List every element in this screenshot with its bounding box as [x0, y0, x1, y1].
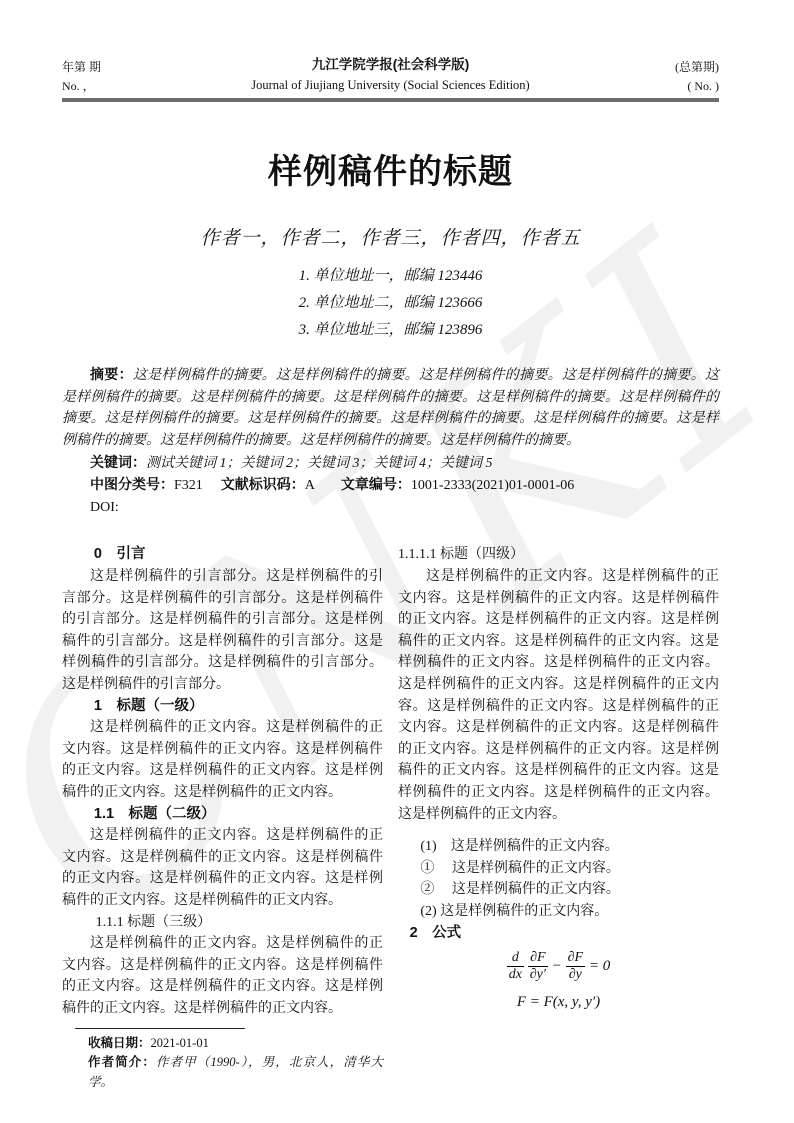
affiliation-3: 3. 单位地址三，邮编 123896 — [62, 317, 719, 344]
clc-label: 中图分类号： — [90, 476, 174, 492]
intro-paragraph: 这是样例稿件的引言部分。这是样例稿件的引言部分。这是样例稿件的引言部分。这是样例… — [62, 566, 383, 696]
clc-value: F321 — [174, 478, 203, 493]
journal-name-en: Journal of Jiujiang University (Social S… — [152, 76, 629, 95]
heading-level3: 1.1.1 标题（三级） — [62, 912, 383, 934]
body-columns: 0 引言 这是样例稿件的引言部分。这是样例稿件的引言部分。这是样例稿件的引言部分… — [62, 544, 719, 1092]
doc-code-label: 文献标识码： — [221, 476, 305, 492]
fraction-dF-dyprime: ∂F∂y′ — [528, 950, 548, 983]
abstract-block: 摘要：这是样例稿件的摘要。这是样例稿件的摘要。这是样例稿件的摘要。这是样例稿件的… — [62, 364, 719, 518]
section1-1-1-1-paragraph: 这是样例稿件的正文内容。这是样例稿件的正文内容。这是样例稿件的正文内容。这是样例… — [398, 566, 719, 825]
abstract-paragraph: 摘要：这是样例稿件的摘要。这是样例稿件的摘要。这是样例稿件的摘要。这是样例稿件的… — [62, 364, 719, 451]
page-content: 年第 期 No. ， 九江学院学报(社会科学版) Journal of Jiuj… — [0, 0, 794, 1092]
header-total-issue: (总第期) — [629, 58, 719, 77]
affiliation-1: 1. 单位地址一，邮编 123446 — [62, 263, 719, 290]
list-item: (2) 这是样例稿件的正文内容。 — [398, 901, 719, 923]
article-id-label: 文章编号： — [341, 476, 411, 492]
article-id-value: 1001-2333(2021)01-0001-06 — [411, 478, 574, 493]
affiliation-2: 2. 单位地址二，邮编 123666 — [62, 290, 719, 317]
section1-1-paragraph: 这是样例稿件的正文内容。这是样例稿件的正文内容。这是样例稿件的正文内容。这是样例… — [62, 825, 383, 911]
minus-operator: − — [552, 958, 562, 974]
received-date-value: 2021-01-01 — [151, 1036, 209, 1050]
list-item: ② 这是样例稿件的正文内容。 — [398, 879, 719, 901]
fraction-numerator: d — [507, 950, 524, 967]
abstract-label: 摘要： — [90, 366, 133, 382]
header-issue-info: 年第 期 No. ， — [62, 58, 152, 95]
equals-zero: = 0 — [589, 958, 610, 974]
euler-lagrange-equation: ddx ∂F∂y′ − ∂F∂y = 0 — [398, 950, 719, 983]
keywords-label: 关键词： — [90, 454, 146, 470]
author-bio-label: 作者简介： — [88, 1055, 156, 1069]
fraction-denominator: ∂y — [566, 967, 585, 983]
keywords-line: 关键词：测试关键词 1；关键词 2；关键词 3；关键词 4；关键词 5 — [62, 452, 719, 475]
received-date-line: 收稿日期：2021-01-01 — [62, 1034, 383, 1054]
fraction-numerator: ∂F — [566, 950, 585, 967]
heading-level2: 1.1 标题（二级） — [62, 804, 383, 826]
header-year-issue: 年第 期 — [62, 58, 152, 77]
keywords-text: 测试关键词 1；关键词 2；关键词 3；关键词 4；关键词 5 — [146, 456, 493, 471]
journal-header: 年第 期 No. ， 九江学院学报(社会科学版) Journal of Jiuj… — [62, 55, 719, 95]
classification-line: 中图分类号：F321文献标识码：A文章编号：1001-2333(2021)01-… — [62, 474, 719, 497]
fraction-dF-dy: ∂F∂y — [566, 950, 585, 983]
heading-formula: 2 公式 — [398, 923, 719, 945]
received-date-label: 收稿日期： — [88, 1036, 151, 1050]
heading-level4: 1.1.1.1 标题（四级） — [398, 544, 719, 566]
doc-code-value: A — [305, 478, 315, 493]
footnote-block: 收稿日期：2021-01-01 作者简介：作者甲（1990-），男，北京人，清华… — [62, 1028, 383, 1093]
numbered-list: (1) 这是样例稿件的正文内容。 ① 这是样例稿件的正文内容。 ② 这是样例稿件… — [398, 836, 719, 922]
fraction-denominator: dx — [507, 967, 524, 983]
journal-name-cn: 九江学院学报(社会科学版) — [152, 55, 629, 76]
heading-intro: 0 引言 — [62, 544, 383, 566]
list-item: (1) 这是样例稿件的正文内容。 — [398, 836, 719, 858]
right-column: 1.1.1.1 标题（四级） 这是样例稿件的正文内容。这是样例稿件的正文内容。这… — [398, 544, 719, 1092]
author-bio-line: 作者简介：作者甲（1990-），男，北京人，清华大学。 — [62, 1053, 383, 1092]
article-title: 样例稿件的标题 — [62, 144, 719, 193]
doi-line: DOI: — [62, 497, 719, 519]
functional-definition: F = F(x, y, y′) — [398, 992, 719, 1014]
header-no: No. ， — [62, 77, 152, 96]
left-column: 0 引言 这是样例稿件的引言部分。这是样例稿件的引言部分。这是样例稿件的引言部分… — [62, 544, 383, 1092]
formula-block: ddx ∂F∂y′ − ∂F∂y = 0 F = F(x, y, y′) — [398, 950, 719, 1014]
section1-paragraph: 这是样例稿件的正文内容。这是样例稿件的正文内容。这是样例稿件的正文内容。这是样例… — [62, 717, 383, 803]
heading-level1: 1 标题（一级） — [62, 696, 383, 718]
journal-page: CNKI 年第 期 No. ， 九江学院学报(社会科学版) Journal of… — [0, 0, 794, 1123]
list-item: ① 这是样例稿件的正文内容。 — [398, 858, 719, 880]
header-serial-info: (总第期) ( No. ) — [629, 58, 719, 95]
footnote-rule — [75, 1028, 245, 1029]
journal-name-block: 九江学院学报(社会科学版) Journal of Jiujiang Univer… — [152, 55, 629, 95]
fraction-d-dx: ddx — [507, 950, 524, 983]
header-rule — [62, 98, 719, 102]
header-serial-no: ( No. ) — [629, 77, 719, 96]
affiliations: 1. 单位地址一，邮编 123446 2. 单位地址二，邮编 123666 3.… — [62, 263, 719, 344]
section1-1-1-paragraph: 这是样例稿件的正文内容。这是样例稿件的正文内容。这是样例稿件的正文内容。这是样例… — [62, 933, 383, 1019]
fraction-numerator: ∂F — [528, 950, 548, 967]
fraction-denominator: ∂y′ — [528, 967, 548, 983]
authors-line: 作者一，作者二，作者三，作者四，作者五 — [62, 223, 719, 250]
abstract-text: 这是样例稿件的摘要。这是样例稿件的摘要。这是样例稿件的摘要。这是样例稿件的摘要。… — [62, 368, 719, 448]
